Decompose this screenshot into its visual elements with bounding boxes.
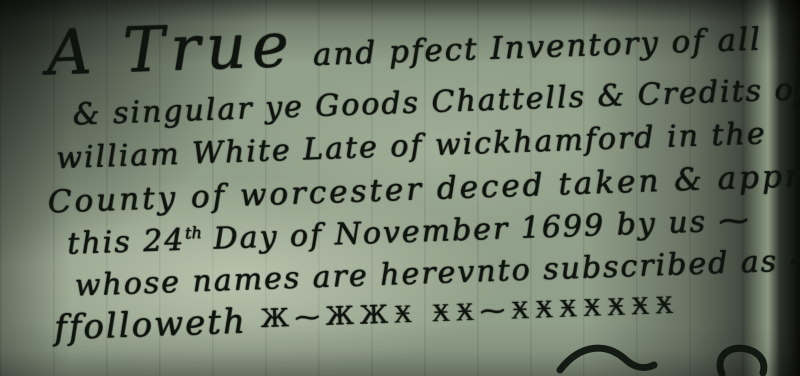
line5-superscript: th xyxy=(185,223,202,243)
line1-large-words: A True xyxy=(45,8,296,90)
manuscript-photo: A Trueand pfect Inventory of all & singu… xyxy=(0,0,800,376)
line7-word: ffolloweth xyxy=(53,302,247,349)
line5-pre: this 24 xyxy=(67,223,186,262)
pen-flourish-marks: Ж⁓ЖЖӾ ӾӾ⁓ӾӾӾӾӾӾӾ xyxy=(260,289,680,333)
partial-next-line-stroke xyxy=(552,340,788,376)
manuscript-text-block: A Trueand pfect Inventory of all & singu… xyxy=(0,0,800,376)
manuscript-line-1: A Trueand pfect Inventory of all xyxy=(45,0,762,89)
line1-rest: and pfect Inventory of all xyxy=(312,21,762,73)
